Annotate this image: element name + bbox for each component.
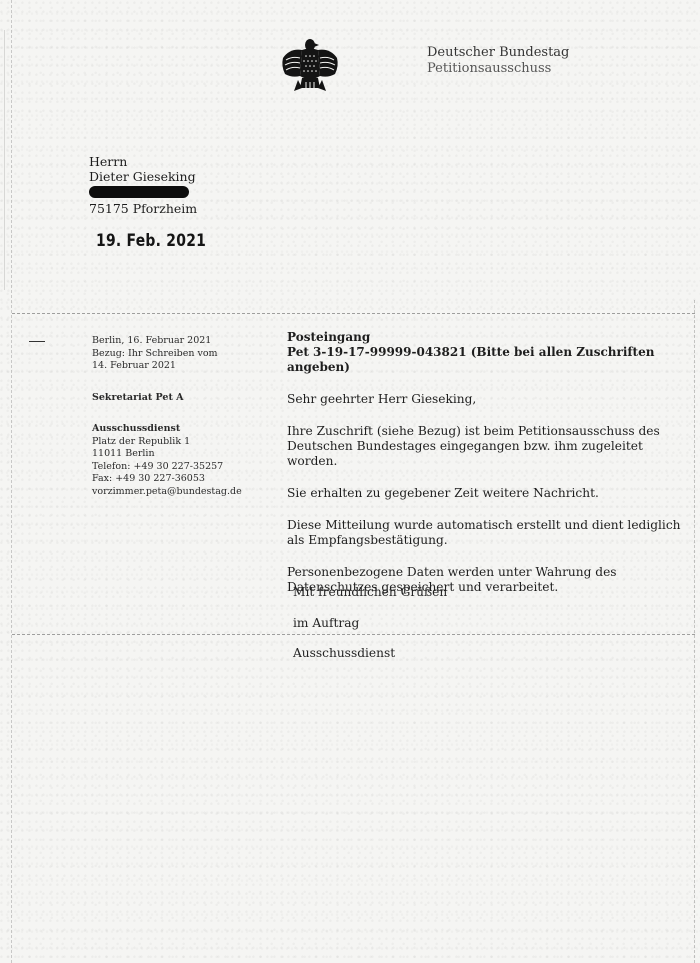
fold-mark [29, 341, 45, 342]
department-email: vorzimmer.peta@bundestag.de [92, 486, 242, 499]
letter-subject: Posteingang [287, 330, 687, 345]
committee-name: Petitionsausschuss [427, 61, 569, 77]
department-contact: Ausschussdienst Platz der Republik 1 110… [92, 423, 242, 498]
fold-line-lower [12, 634, 695, 635]
reference-line-2: 14. Februar 2021 [92, 360, 242, 373]
department-phone: Telefon: +49 30 227-35257 [92, 461, 242, 474]
scan-edge-left [11, 0, 12, 963]
letter-salutation: Sehr geehrter Herr Gieseking, [287, 392, 687, 407]
department-street: Platz der Republik 1 [92, 436, 242, 449]
sender-info-column: Berlin, 16. Februar 2021 Bezug: Ihr Schr… [92, 335, 242, 498]
department-city: 11011 Berlin [92, 448, 242, 461]
received-date-stamp: 19. Feb. 2021 [96, 231, 206, 251]
recipient-salutation: Herrn [89, 154, 197, 169]
recipient-address: Herrn Dieter Gieseking 75175 Pforzheim [89, 154, 197, 216]
recipient-city: 75175 Pforzheim [89, 201, 197, 216]
paragraph-followup: Sie erhalten zu gegebener Zeit weitere N… [287, 486, 687, 501]
petition-reference: Pet 3-19-17-99999-043821 (Bitte bei alle… [287, 345, 687, 375]
letter-body: Posteingang Pet 3-19-17-99999-043821 (Bi… [287, 330, 687, 595]
recipient-name: Dieter Gieseking [89, 169, 197, 184]
date-reference-block: Berlin, 16. Februar 2021 Bezug: Ihr Schr… [92, 335, 242, 373]
signature-department: Ausschussdienst [293, 646, 395, 660]
reference-line-1: Bezug: Ihr Schreiben vom [92, 348, 242, 361]
scanned-letter-page: Deutscher Bundestag Petitionsausschuss H… [0, 0, 700, 963]
letter-closing: Mit freundlichen Grüßen [293, 585, 447, 599]
letterhead-organization: Deutscher Bundestag Petitionsausschuss [427, 45, 569, 77]
paragraph-automatic: Diese Mitteilung wurde automatisch erste… [287, 518, 687, 548]
on-behalf-label: im Auftrag [293, 616, 359, 630]
federal-eagle-icon [280, 36, 340, 94]
letter-date: Berlin, 16. Februar 2021 [92, 335, 242, 348]
scan-edge-shadow [4, 30, 5, 290]
paragraph-receipt: Ihre Zuschrift (siehe Bezug) ist beim Pe… [287, 424, 687, 469]
scan-edge-right [694, 300, 695, 963]
fold-line-upper [12, 313, 695, 314]
organization-name: Deutscher Bundestag [427, 45, 569, 61]
department-title: Ausschussdienst [92, 423, 242, 436]
secretariat-label: Sekretariat Pet A [92, 392, 242, 405]
department-fax: Fax: +49 30 227-36053 [92, 473, 242, 486]
redacted-street [89, 186, 189, 198]
